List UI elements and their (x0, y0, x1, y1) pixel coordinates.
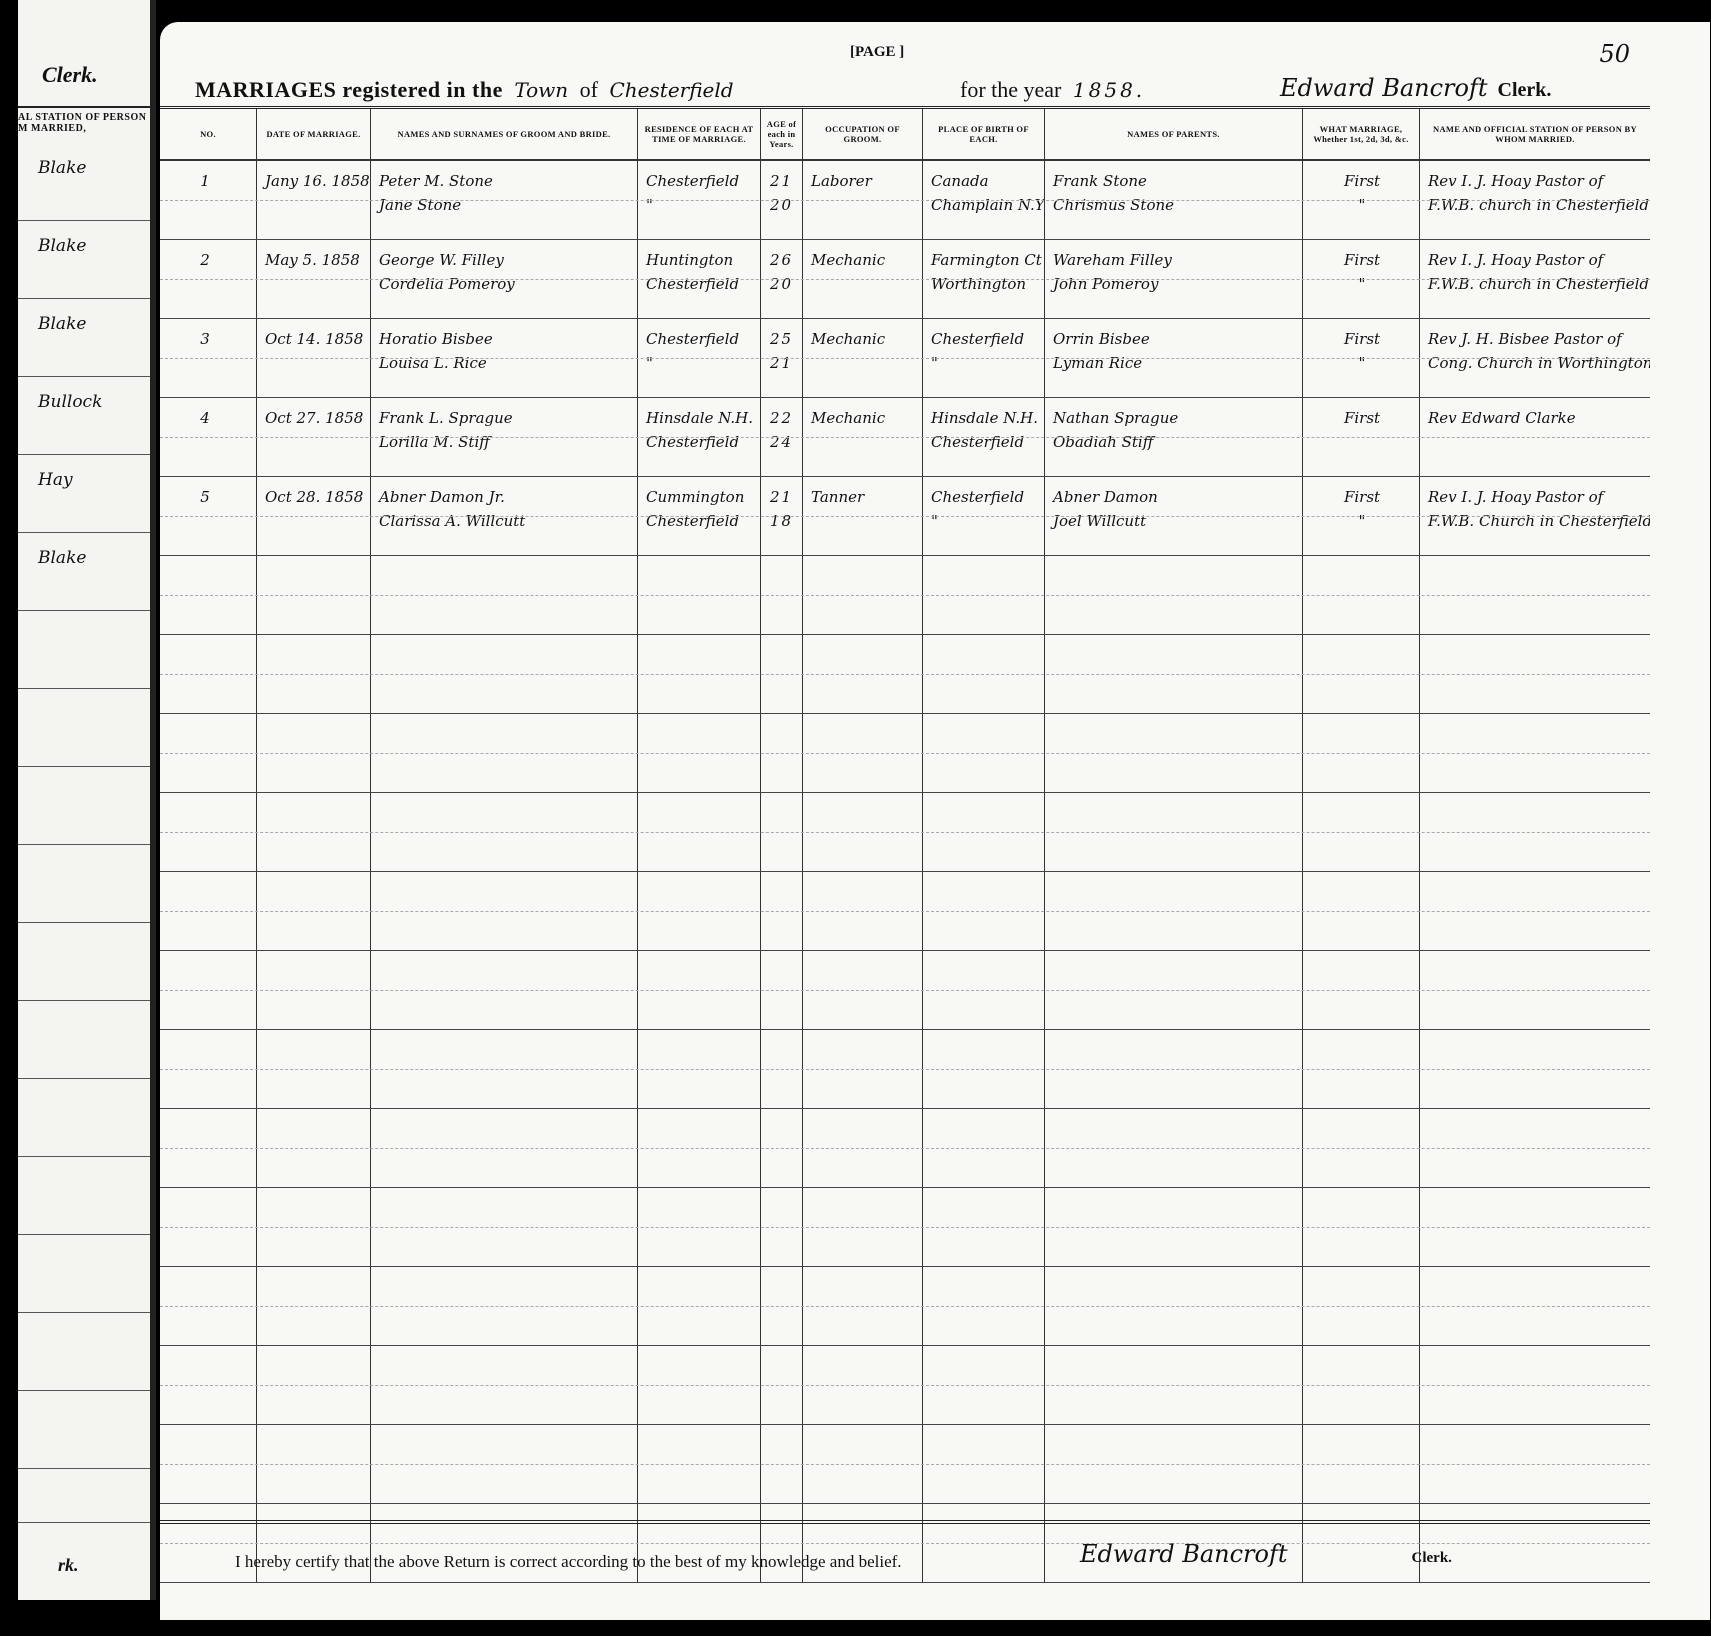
left-entry: Blake (38, 314, 86, 334)
officiant-line-2: F.W.B. church in Chesterfield (1428, 272, 1644, 296)
empty-cell (257, 793, 371, 871)
empty-cell (257, 1267, 371, 1345)
town-name: Chesterfield (604, 78, 740, 102)
empty-cell (761, 872, 803, 950)
empty-cell (160, 556, 257, 634)
empty-cell (638, 1030, 761, 1108)
entry-occupation: Mechanic (803, 398, 923, 476)
empty-cell (1303, 1267, 1420, 1345)
empty-cell (1420, 556, 1650, 634)
age-bride: 20 (761, 193, 802, 217)
empty-table-row (160, 556, 1650, 635)
empty-cell (923, 1030, 1045, 1108)
entry-date: Oct 14. 1858 (257, 319, 371, 397)
empty-cell (803, 635, 923, 713)
empty-cell (257, 556, 371, 634)
empty-cell (160, 872, 257, 950)
empty-cell (1303, 1030, 1420, 1108)
parents-groom: Nathan Sprague (1053, 406, 1296, 430)
year-value: 1858. (1067, 78, 1145, 102)
col-header-residence: RESIDENCE OF EACH AT TIME OF MARRIAGE. (638, 109, 761, 159)
residence-groom: Cummington (646, 485, 754, 509)
empty-cell (371, 714, 638, 792)
empty-cell (1303, 714, 1420, 792)
empty-cell (761, 793, 803, 871)
what-marriage-groom: First (1311, 248, 1413, 272)
birthplace-groom: Hinsdale N.H. (931, 406, 1038, 430)
empty-cell (257, 714, 371, 792)
entry-occupation: Laborer (803, 161, 923, 239)
empty-cell (257, 1188, 371, 1266)
clerk-signature-header: Edward Bancroft Clerk. (1280, 74, 1551, 102)
empty-table-row (160, 635, 1650, 714)
birthplace-bride: " (931, 351, 1038, 375)
entry-no: 2 (160, 240, 257, 318)
empty-cell (923, 1267, 1045, 1345)
empty-cell (761, 714, 803, 792)
table-row: 4 Oct 27. 1858 Frank L. SpragueLorilla M… (160, 398, 1650, 477)
empty-cell (160, 951, 257, 1029)
birthplace-bride: " (931, 509, 1038, 533)
age-groom: 25 (761, 327, 802, 351)
entry-what-marriage: First" (1303, 477, 1420, 555)
what-marriage-groom: First (1311, 327, 1413, 351)
empty-cell (1045, 793, 1303, 871)
residence-groom: Chesterfield (646, 169, 754, 193)
empty-cell (638, 1109, 761, 1187)
empty-cell (1303, 635, 1420, 713)
table-row: 5 Oct 28. 1858 Abner Damon Jr.Clarissa A… (160, 477, 1650, 556)
col-header-parents: NAMES OF PARENTS. (1045, 109, 1303, 159)
empty-cell (1420, 793, 1650, 871)
year-label: for the year (960, 77, 1061, 102)
what-marriage-groom: First (1311, 485, 1413, 509)
entry-parents: Orrin BisbeeLyman Rice (1045, 319, 1303, 397)
residence-bride: " (646, 351, 754, 375)
empty-cell (371, 556, 638, 634)
bride-name: Clarissa A. Willcutt (379, 509, 631, 533)
col-header-age: AGE of each in Years. (761, 109, 803, 159)
residence-groom: Chesterfield (646, 327, 754, 351)
empty-cell (923, 1109, 1045, 1187)
empty-cell (1045, 872, 1303, 950)
empty-cell (1045, 556, 1303, 634)
empty-cell (371, 951, 638, 1029)
entry-birthplace: Hinsdale N.H.Chesterfield (923, 398, 1045, 476)
empty-cell (923, 714, 1045, 792)
empty-cell (257, 951, 371, 1029)
empty-cell (803, 793, 923, 871)
entry-occupation: Mechanic (803, 319, 923, 397)
birthplace-groom: Chesterfield (931, 327, 1038, 351)
entry-officiant: Rev I. J. Hoay Pastor ofF.W.B. church in… (1420, 161, 1650, 239)
parents-groom: Wareham Filley (1053, 248, 1296, 272)
entry-age: 2521 (761, 319, 803, 397)
officiant-line-1: Rev Edward Clarke (1428, 406, 1644, 430)
entry-parents: Nathan SpragueObadiah Stiff (1045, 398, 1303, 476)
entry-residence: CummingtonChesterfield (638, 477, 761, 555)
left-entry: Blake (38, 236, 86, 256)
empty-cell (371, 1267, 638, 1345)
empty-cell (160, 1267, 257, 1345)
empty-cell (638, 1188, 761, 1266)
entry-no: 1 (160, 161, 257, 239)
table-row: 2 May 5. 1858 George W. FilleyCordelia P… (160, 240, 1650, 319)
empty-cell (1420, 714, 1650, 792)
empty-cell (160, 1030, 257, 1108)
bride-name: Lorilla M. Stiff (379, 430, 631, 454)
col-header-officiant: NAME AND OFFICIAL STATION OF PERSON BY W… (1420, 109, 1650, 159)
empty-cell (371, 872, 638, 950)
certification-text: I hereby certify that the above Return i… (235, 1552, 902, 1572)
entry-officiant: Rev J. H. Bisbee Pastor ofCong. Church i… (1420, 319, 1650, 397)
entry-birthplace: Chesterfield" (923, 477, 1045, 555)
col-header-date: DATE OF MARRIAGE. (257, 109, 371, 159)
empty-cell (1420, 1188, 1650, 1266)
empty-cell (803, 556, 923, 634)
parents-bride: Obadiah Stiff (1053, 430, 1296, 454)
age-groom: 21 (761, 169, 802, 193)
empty-cell (1420, 1267, 1650, 1345)
empty-table-row (160, 1425, 1650, 1504)
empty-cell (1420, 951, 1650, 1029)
register-page: [PAGE ] 50 MARRIAGES registered in the T… (160, 22, 1710, 1620)
bride-name: Louisa L. Rice (379, 351, 631, 375)
empty-table-row (160, 951, 1650, 1030)
groom-name: Peter M. Stone (379, 169, 631, 193)
empty-cell (257, 1425, 371, 1503)
entry-parents: Abner DamonJoel Willcutt (1045, 477, 1303, 555)
footer-rule (160, 1520, 1650, 1524)
empty-cell (1420, 1030, 1650, 1108)
empty-cell (803, 1030, 923, 1108)
what-marriage-groom: First (1311, 169, 1413, 193)
empty-cell (1045, 951, 1303, 1029)
entry-officiant: Rev I. J. Hoay Pastor ofF.W.B. Church in… (1420, 477, 1650, 555)
entry-parents: Wareham FilleyJohn Pomeroy (1045, 240, 1303, 318)
signature-name: Edward Bancroft (1080, 1540, 1288, 1568)
residence-bride: Chesterfield (646, 272, 754, 296)
entry-names: Peter M. StoneJane Stone (371, 161, 638, 239)
clerk-name: Edward Bancroft (1280, 74, 1488, 102)
officiant-line-2: Cong. Church in Worthington (1428, 351, 1644, 375)
age-groom: 21 (761, 485, 802, 509)
parents-bride: Chrismus Stone (1053, 193, 1296, 217)
empty-cell (923, 951, 1045, 1029)
left-column-header: AL STATION OF PERSON M MARRIED, (18, 106, 150, 134)
groom-name: Frank L. Sprague (379, 406, 631, 430)
empty-cell (638, 1425, 761, 1503)
entry-what-marriage: First (1303, 398, 1420, 476)
page-number: 50 (1599, 40, 1630, 68)
empty-table-row (160, 1030, 1650, 1109)
parents-groom: Orrin Bisbee (1053, 327, 1296, 351)
empty-cell (803, 951, 923, 1029)
empty-cell (1303, 872, 1420, 950)
empty-cell (257, 1109, 371, 1187)
empty-cell (803, 1188, 923, 1266)
officiant-line-1: Rev J. H. Bisbee Pastor of (1428, 327, 1644, 351)
empty-cell (638, 951, 761, 1029)
of-label: of (580, 77, 598, 102)
entry-residence: Chesterfield" (638, 161, 761, 239)
parents-groom: Abner Damon (1053, 485, 1296, 509)
entry-what-marriage: First" (1303, 319, 1420, 397)
entry-officiant: Rev Edward Clarke (1420, 398, 1650, 476)
empty-rows (160, 556, 1650, 1583)
what-marriage-bride: " (1311, 272, 1413, 296)
empty-cell (761, 1188, 803, 1266)
signature-clerk-label: Clerk. (1292, 1550, 1452, 1566)
age-bride: 18 (761, 509, 802, 533)
col-header-no: NO. (160, 109, 257, 159)
col-header-occupation: OCCUPATION OF GROOM. (803, 109, 923, 159)
empty-cell (257, 635, 371, 713)
left-entry: Bullock (38, 392, 102, 412)
residence-bride: " (646, 193, 754, 217)
empty-cell (638, 714, 761, 792)
empty-cell (638, 793, 761, 871)
empty-cell (1303, 1109, 1420, 1187)
birthplace-bride: Champlain N.Y. (931, 193, 1038, 217)
empty-cell (803, 1267, 923, 1345)
empty-cell (923, 1346, 1045, 1424)
entry-residence: HuntingtonChesterfield (638, 240, 761, 318)
empty-cell (1303, 1425, 1420, 1503)
empty-cell (1303, 1346, 1420, 1424)
empty-cell (1045, 1109, 1303, 1187)
empty-cell (1420, 1425, 1650, 1503)
empty-cell (257, 1346, 371, 1424)
empty-cell (160, 793, 257, 871)
entry-age: 2224 (761, 398, 803, 476)
empty-cell (1420, 872, 1650, 950)
empty-cell (371, 793, 638, 871)
page-title: MARRIAGES registered in the Town of Ches… (195, 77, 740, 103)
left-entry: Blake (38, 548, 86, 568)
entry-date: Jany 16. 1858 (257, 161, 371, 239)
entry-date: May 5. 1858 (257, 240, 371, 318)
empty-cell (761, 1346, 803, 1424)
empty-table-row (160, 1267, 1650, 1346)
empty-cell (1045, 1188, 1303, 1266)
officiant-line-1: Rev I. J. Hoay Pastor of (1428, 248, 1644, 272)
empty-cell (1045, 635, 1303, 713)
empty-cell (923, 1425, 1045, 1503)
birthplace-groom: Canada (931, 169, 1038, 193)
entry-parents: Frank StoneChrismus Stone (1045, 161, 1303, 239)
entry-occupation: Tanner (803, 477, 923, 555)
empty-cell (1420, 1346, 1650, 1424)
empty-cell (1303, 1188, 1420, 1266)
age-bride: 20 (761, 272, 802, 296)
empty-cell (638, 872, 761, 950)
entry-no: 4 (160, 398, 257, 476)
what-marriage-bride: " (1311, 351, 1413, 375)
page-tag: [PAGE ] (850, 44, 904, 61)
empty-table-row (160, 1346, 1650, 1425)
entry-age: 2118 (761, 477, 803, 555)
birthplace-bride: Worthington (931, 272, 1038, 296)
empty-cell (160, 1346, 257, 1424)
certification-signature: Edward Bancroft Clerk. (1080, 1540, 1452, 1568)
bride-name: Cordelia Pomeroy (379, 272, 631, 296)
groom-name: Horatio Bisbee (379, 327, 631, 351)
empty-cell (803, 1425, 923, 1503)
empty-cell (803, 714, 923, 792)
officiant-line-1: Rev I. J. Hoay Pastor of (1428, 169, 1644, 193)
clerk-label: Clerk. (1492, 79, 1552, 101)
groom-name: George W. Filley (379, 248, 631, 272)
empty-cell (160, 635, 257, 713)
empty-table-row (160, 872, 1650, 951)
entry-age: 2120 (761, 161, 803, 239)
entry-birthplace: CanadaChamplain N.Y. (923, 161, 1045, 239)
residence-groom: Hinsdale N.H. (646, 406, 754, 430)
empty-cell (761, 1030, 803, 1108)
parents-groom: Frank Stone (1053, 169, 1296, 193)
parents-bride: Lyman Rice (1053, 351, 1296, 375)
entry-officiant: Rev I. J. Hoay Pastor ofF.W.B. church in… (1420, 240, 1650, 318)
empty-cell (761, 556, 803, 634)
empty-cell (1045, 1267, 1303, 1345)
empty-cell (803, 1109, 923, 1187)
residence-groom: Huntington (646, 248, 754, 272)
empty-cell (1045, 714, 1303, 792)
what-marriage-bride: " (1311, 193, 1413, 217)
empty-cell (761, 951, 803, 1029)
empty-cell (371, 1346, 638, 1424)
empty-cell (761, 635, 803, 713)
entry-date: Oct 27. 1858 (257, 398, 371, 476)
left-entry: Hay (38, 470, 73, 490)
empty-cell (1045, 1346, 1303, 1424)
col-header-what-marriage: WHAT MARRIAGE, Whether 1st, 2d, 3d, &c. (1303, 109, 1420, 159)
entry-no: 3 (160, 319, 257, 397)
empty-cell (1420, 1504, 1650, 1582)
empty-cell (923, 793, 1045, 871)
age-bride: 24 (761, 430, 802, 454)
entry-no: 5 (160, 477, 257, 555)
col-header-names: NAMES AND SURNAMES OF GROOM AND BRIDE. (371, 109, 638, 159)
empty-cell (923, 872, 1045, 950)
entry-names: Abner Damon Jr.Clarissa A. Willcutt (371, 477, 638, 555)
entry-birthplace: Chesterfield" (923, 319, 1045, 397)
residence-bride: Chesterfield (646, 509, 754, 533)
empty-cell (803, 872, 923, 950)
empty-cell (761, 1109, 803, 1187)
empty-cell (1420, 635, 1650, 713)
empty-cell (371, 635, 638, 713)
what-marriage-groom: First (1311, 406, 1413, 430)
entry-date: Oct 28. 1858 (257, 477, 371, 555)
empty-cell (160, 1425, 257, 1503)
entry-what-marriage: First" (1303, 161, 1420, 239)
parents-bride: John Pomeroy (1053, 272, 1296, 296)
empty-cell (761, 1425, 803, 1503)
empty-cell (1045, 1425, 1303, 1503)
left-entry: Blake (38, 158, 86, 178)
empty-cell (1303, 556, 1420, 634)
entry-age: 2620 (761, 240, 803, 318)
groom-name: Abner Damon Jr. (379, 485, 631, 509)
entry-occupation: Mechanic (803, 240, 923, 318)
empty-cell (257, 872, 371, 950)
birthplace-groom: Farmington Ct (931, 248, 1038, 272)
col-header-birthplace: PLACE OF BIRTH OF EACH. (923, 109, 1045, 159)
what-marriage-bride: " (1311, 509, 1413, 533)
empty-table-row (160, 1188, 1650, 1267)
empty-cell (638, 1267, 761, 1345)
officiant-line-1: Rev I. J. Hoay Pastor of (1428, 485, 1644, 509)
empty-table-row (160, 793, 1650, 872)
empty-cell (160, 714, 257, 792)
bride-name: Jane Stone (379, 193, 631, 217)
empty-cell (257, 1030, 371, 1108)
entry-names: Frank L. SpragueLorilla M. Stiff (371, 398, 638, 476)
title-prefix: MARRIAGES registered in the (195, 77, 503, 102)
table-row: 3 Oct 14. 1858 Horatio BisbeeLouisa L. R… (160, 319, 1650, 398)
year-line: for the year 1858. (960, 77, 1145, 103)
empty-cell (1303, 793, 1420, 871)
empty-cell (160, 1188, 257, 1266)
entry-residence: Chesterfield" (638, 319, 761, 397)
empty-cell (923, 556, 1045, 634)
officiant-line-2: F.W.B. Church in Chesterfield (1428, 509, 1644, 533)
empty-cell (1420, 1109, 1650, 1187)
age-bride: 21 (761, 351, 802, 375)
empty-table-row (160, 714, 1650, 793)
residence-bride: Chesterfield (646, 430, 754, 454)
empty-cell (638, 1346, 761, 1424)
empty-table-row (160, 1109, 1650, 1188)
left-page-margin: Clerk. AL STATION OF PERSON M MARRIED, B… (18, 0, 156, 1600)
left-clerk-label: Clerk. (42, 62, 98, 88)
empty-cell (761, 1267, 803, 1345)
birthplace-groom: Chesterfield (931, 485, 1038, 509)
marriage-register-table: NO. DATE OF MARRIAGE. NAMES AND SURNAMES… (160, 106, 1650, 1583)
left-footer-text: rk. (58, 1555, 79, 1576)
empty-cell (160, 1109, 257, 1187)
municipality-type: Town (508, 78, 574, 102)
table-row: 1 Jany 16. 1858 Peter M. StoneJane Stone… (160, 161, 1650, 240)
entry-birthplace: Farmington CtWorthington (923, 240, 1045, 318)
empty-cell (923, 1188, 1045, 1266)
parents-bride: Joel Willcutt (1053, 509, 1296, 533)
table-header-row: NO. DATE OF MARRIAGE. NAMES AND SURNAMES… (160, 109, 1650, 161)
entry-residence: Hinsdale N.H.Chesterfield (638, 398, 761, 476)
entry-what-marriage: First" (1303, 240, 1420, 318)
empty-cell (1045, 1030, 1303, 1108)
empty-cell (803, 1346, 923, 1424)
empty-cell (371, 1109, 638, 1187)
birthplace-bride: Chesterfield (931, 430, 1038, 454)
empty-cell (638, 635, 761, 713)
empty-cell (371, 1425, 638, 1503)
empty-cell (371, 1030, 638, 1108)
empty-cell (923, 635, 1045, 713)
entry-names: Horatio BisbeeLouisa L. Rice (371, 319, 638, 397)
empty-cell (923, 1504, 1045, 1582)
entry-names: George W. FilleyCordelia Pomeroy (371, 240, 638, 318)
empty-cell (371, 1188, 638, 1266)
age-groom: 22 (761, 406, 802, 430)
empty-cell (638, 556, 761, 634)
officiant-line-2: F.W.B. church in Chesterfield (1428, 193, 1644, 217)
age-groom: 26 (761, 248, 802, 272)
empty-cell (1303, 951, 1420, 1029)
